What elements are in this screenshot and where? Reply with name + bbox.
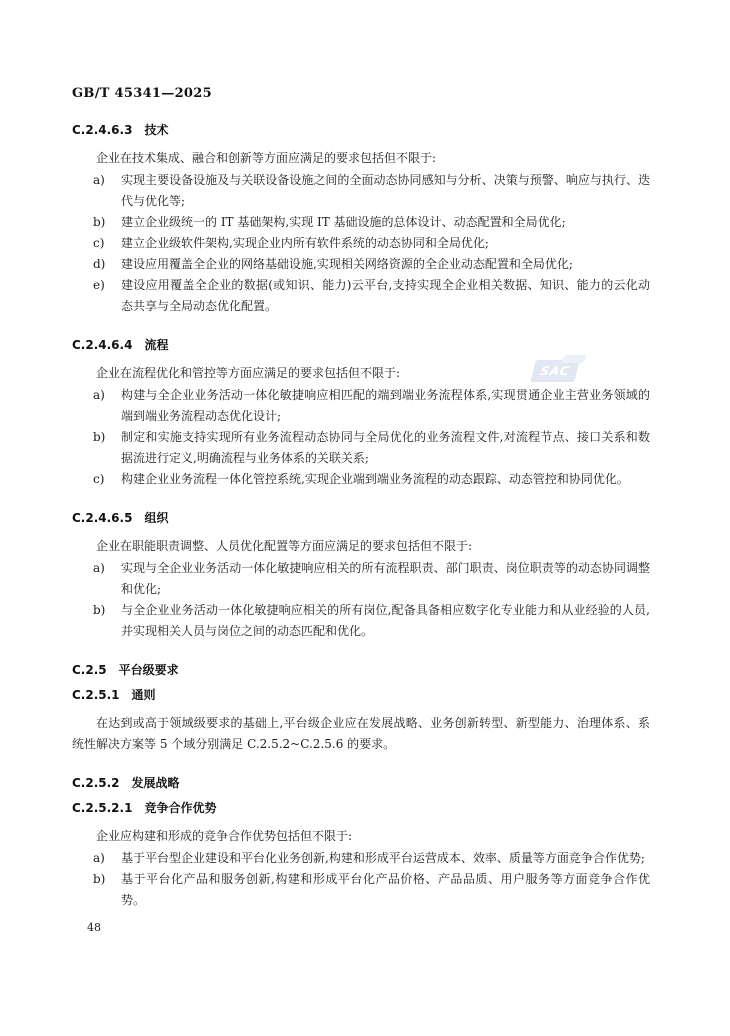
- list-item: b) 与全企业业务活动一体化敏捷响应相关的所有岗位,配备具备相应数字化专业能力和…: [72, 600, 650, 642]
- item-label: c): [93, 233, 104, 254]
- item-label: e): [93, 275, 105, 296]
- list-item: b) 基于平台化产品和服务创新,构建和形成平台化产品价格、产品品质、用户服务等方…: [72, 869, 650, 911]
- item-text: 建立企业级统一的 IT 基础架构,实现 IT 基础设施的总体设计、动态配置和全局…: [121, 215, 566, 229]
- body-paragraph: 在达到或高于领域级要求的基础上,平台级企业应在发展战略、业务创新转型、新型能力、…: [72, 713, 650, 755]
- heading-title: 通则: [132, 688, 156, 702]
- section-heading: C.2.5.2.1竞争合作优势: [72, 801, 650, 815]
- item-text: 构建与全企业业务活动一体化敏捷响应相匹配的端到端业务流程体系,实现贯通企业主营业…: [121, 388, 650, 423]
- standard-number-header: GB/T 45341—2025: [72, 86, 650, 102]
- heading-title: 技术: [144, 123, 168, 137]
- item-text: 构建企业业务流程一体化管控系统,实现企业端到端业务流程的动态跟踪、动态管控和协同…: [121, 472, 629, 486]
- document-page: SAC GB/T 45341—2025 C.2.4.6.3技术 企业在技术集成、…: [0, 0, 730, 1036]
- item-text: 制定和实施支持实现所有业务流程动态协同与全局优化的业务流程文件,对流程节点、接口…: [121, 430, 650, 465]
- item-text: 实现与全企业业务活动一体化敏捷响应相关的所有流程职责、部门职责、岗位职责等的动态…: [121, 561, 650, 596]
- heading-title: 平台级要求: [119, 663, 179, 677]
- item-label: b): [93, 212, 105, 233]
- heading-number: C.2.4.6.3: [72, 123, 132, 137]
- heading-title: 组织: [144, 511, 168, 525]
- section-heading: C.2.5.1通则: [72, 688, 650, 702]
- item-text: 基于平台型企业建设和平台化业务创新,构建和形成平台运营成本、效率、质量等方面竞争…: [121, 851, 645, 865]
- list-item: a) 实现主要设备设施及与关联设备设施之间的全面动态协同感知与分析、决策与预警、…: [72, 170, 650, 212]
- heading-number: C.2.4.6.5: [72, 511, 132, 525]
- item-text: 基于平台化产品和服务创新,构建和形成平台化产品价格、产品品质、用户服务等方面竞争…: [121, 872, 650, 907]
- item-text: 建立企业级软件架构,实现企业内所有软件系统的动态协同和全局优化;: [121, 236, 489, 250]
- page-content: GB/T 45341—2025 C.2.4.6.3技术 企业在技术集成、融合和创…: [72, 86, 650, 935]
- item-label: b): [93, 600, 105, 621]
- item-list: a) 实现与全企业业务活动一体化敏捷响应相关的所有流程职责、部门职责、岗位职责等…: [72, 558, 650, 642]
- heading-title: 流程: [144, 338, 168, 352]
- list-item: a) 基于平台型企业建设和平台化业务创新,构建和形成平台运营成本、效率、质量等方…: [72, 848, 650, 869]
- item-label: b): [93, 869, 105, 890]
- list-item: e) 建设应用覆盖全企业的数据(或知识、能力)云平台,支持实现全企业相关数据、知…: [72, 275, 650, 317]
- item-label: a): [93, 170, 105, 191]
- item-list: a) 构建与全企业业务活动一体化敏捷响应相匹配的端到端业务流程体系,实现贯通企业…: [72, 385, 650, 490]
- item-label: b): [93, 427, 105, 448]
- intro-paragraph: 企业应构建和形成的竞争合作优势包括但不限于:: [72, 826, 650, 847]
- page-number: 48: [87, 921, 650, 935]
- heading-title: 发展战略: [132, 776, 180, 790]
- intro-paragraph: 企业在流程优化和管控等方面应满足的要求包括但不限于:: [72, 363, 650, 384]
- item-label: a): [93, 848, 105, 869]
- section-process: C.2.4.6.4流程 企业在流程优化和管控等方面应满足的要求包括但不限于: a…: [72, 338, 650, 490]
- heading-number: C.2.5: [72, 663, 107, 677]
- list-item: c) 构建企业业务流程一体化管控系统,实现企业端到端业务流程的动态跟踪、动态管控…: [72, 469, 650, 490]
- item-list: a) 实现主要设备设施及与关联设备设施之间的全面动态协同感知与分析、决策与预警、…: [72, 170, 650, 317]
- section-heading: C.2.4.6.3技术: [72, 123, 650, 137]
- intro-paragraph: 企业在技术集成、融合和创新等方面应满足的要求包括但不限于:: [72, 148, 650, 169]
- heading-number: C.2.5.2.1: [72, 801, 132, 815]
- list-item: b) 制定和实施支持实现所有业务流程动态协同与全局优化的业务流程文件,对流程节点…: [72, 427, 650, 469]
- item-label: d): [93, 254, 105, 275]
- item-label: a): [93, 558, 105, 579]
- item-text: 建设应用覆盖全企业的数据(或知识、能力)云平台,支持实现全企业相关数据、知识、能…: [121, 278, 650, 313]
- section-competitive-advantage: C.2.5.2.1竞争合作优势 企业应构建和形成的竞争合作优势包括但不限于: a…: [72, 801, 650, 911]
- item-text: 实现主要设备设施及与关联设备设施之间的全面动态协同感知与分析、决策与预警、响应与…: [121, 173, 650, 208]
- list-item: c) 建立企业级软件架构,实现企业内所有软件系统的动态协同和全局优化;: [72, 233, 650, 254]
- list-item: d) 建设应用覆盖全企业的网络基础设施,实现相关网络资源的全企业动态配置和全局优…: [72, 254, 650, 275]
- list-item: b) 建立企业级统一的 IT 基础架构,实现 IT 基础设施的总体设计、动态配置…: [72, 212, 650, 233]
- heading-number: C.2.5.1: [72, 688, 120, 702]
- item-text: 建设应用覆盖全企业的网络基础设施,实现相关网络资源的全企业动态配置和全局优化;: [121, 257, 573, 271]
- item-label: a): [93, 385, 105, 406]
- item-text: 与全企业业务活动一体化敏捷响应相关的所有岗位,配备具备相应数字化专业能力和从业经…: [121, 603, 650, 638]
- section-heading: C.2.5.2发展战略: [72, 776, 650, 790]
- section-heading: C.2.4.6.4流程: [72, 338, 650, 352]
- item-list: a) 基于平台型企业建设和平台化业务创新,构建和形成平台运营成本、效率、质量等方…: [72, 848, 650, 911]
- section-heading: C.2.5平台级要求: [72, 663, 650, 677]
- section-organization: C.2.4.6.5组织 企业在职能职责调整、人员优化配置等方面应满足的要求包括但…: [72, 511, 650, 642]
- heading-title: 竞争合作优势: [144, 801, 216, 815]
- section-heading: C.2.4.6.5组织: [72, 511, 650, 525]
- list-item: a) 构建与全企业业务活动一体化敏捷响应相匹配的端到端业务流程体系,实现贯通企业…: [72, 385, 650, 427]
- item-label: c): [93, 469, 104, 490]
- list-item: a) 实现与全企业业务活动一体化敏捷响应相关的所有流程职责、部门职责、岗位职责等…: [72, 558, 650, 600]
- section-development-strategy: C.2.5.2发展战略: [72, 776, 650, 790]
- intro-paragraph: 企业在职能职责调整、人员优化配置等方面应满足的要求包括但不限于:: [72, 536, 650, 557]
- section-general-rules: C.2.5.1通则 在达到或高于领域级要求的基础上,平台级企业应在发展战略、业务…: [72, 688, 650, 755]
- section-platform-level: C.2.5平台级要求: [72, 663, 650, 677]
- heading-number: C.2.4.6.4: [72, 338, 132, 352]
- section-technology: C.2.4.6.3技术 企业在技术集成、融合和创新等方面应满足的要求包括但不限于…: [72, 123, 650, 317]
- heading-number: C.2.5.2: [72, 776, 120, 790]
